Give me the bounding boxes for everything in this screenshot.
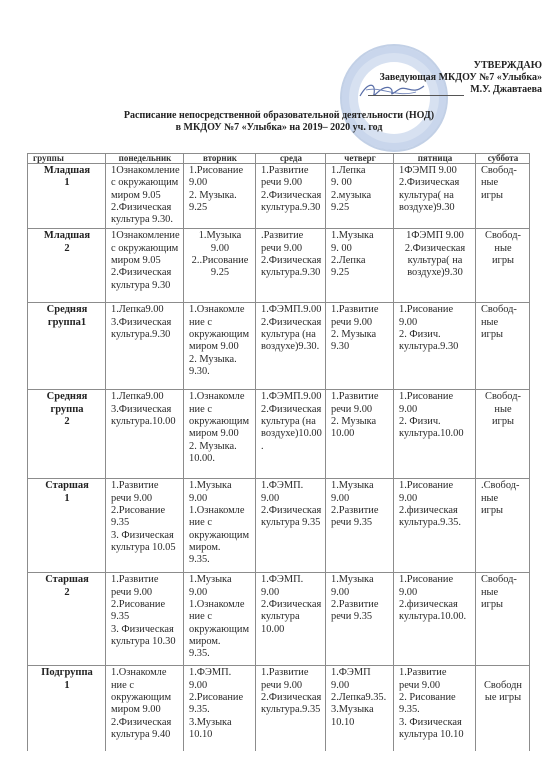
table-row: Старшая 11.Развитие речи 9.00 2.Рисовани… — [28, 479, 530, 573]
approval-block: УТВЕРЖДАЮ Заведующая МКДОУ №7 «Улыбка» М… — [368, 60, 542, 96]
header-groups: группы — [28, 154, 106, 164]
schedule-cell-wednesday: 1.Развитие речи 9.00 2.Физическая культу… — [256, 666, 326, 751]
schedule-cell-friday: 1.Развитие речи 9.00 2. Рисование 9.35. … — [394, 666, 476, 751]
schedule-cell-tuesday: 1.Музыка 9.00 1.Ознакомле ние с окружающ… — [184, 573, 256, 666]
header-wednesday: среда — [256, 154, 326, 164]
group-name: Старшая 1 — [28, 479, 106, 573]
signature-line — [368, 95, 464, 96]
approver-name: М.У. Джавтаева — [470, 84, 542, 95]
schedule-cell-monday: 1.Развитие речи 9.00 2.Рисование 9.35 3.… — [106, 573, 184, 666]
schedule-cell-tuesday: 1.Рисование 9.00 2. Музыка. 9.25 — [184, 164, 256, 229]
schedule-cell-friday: 1.Рисование 9.00 2. Физич. культура.9.30 — [394, 303, 476, 390]
title-line-2: в МКДОУ №7 «Улыбка» на 2019– 2020 уч. го… — [0, 122, 558, 134]
schedule-cell-monday: 1.Лепка9.00 3.Физическая культура.10.00 — [106, 390, 184, 479]
schedule-cell-wednesday: 1.ФЭМП. 9.00 2.Физическая культура 10.00 — [256, 573, 326, 666]
schedule-cell-thursday: 1.Развитие речи 9.00 2. Музыка 10.00 — [326, 390, 394, 479]
schedule-cell-thursday: 1.Развитие речи 9.00 2. Музыка 9.30 — [326, 303, 394, 390]
header-thursday: четверг — [326, 154, 394, 164]
schedule-cell-friday: 1.Рисование 9.00 2. Физич. культура.10.0… — [394, 390, 476, 479]
schedule-cell-tuesday: 1.Ознакомле ние с окружающим миром 9.00 … — [184, 390, 256, 479]
group-name: Подгруппа 1 — [28, 666, 106, 751]
schedule-table: группы понедельник вторник среда четверг… — [27, 153, 530, 751]
schedule-cell-tuesday: 1.Музыка 9.00 1.Ознакомле ние с окружающ… — [184, 479, 256, 573]
schedule-cell-friday: 1ФЭМП 9.00 2.Физическая культура( на воз… — [394, 164, 476, 229]
schedule-cell-friday: 1ФЭМП 9.00 2.Физическая культура( на воз… — [394, 229, 476, 303]
title-line-1: Расписание непосредственной образователь… — [0, 110, 558, 122]
schedule-cell-thursday: 1.Музыка 9.00 2.Развитие речи 9.35 — [326, 479, 394, 573]
schedule-cell-tuesday: 1.Музыка 9.00 2..Рисование 9.25 — [184, 229, 256, 303]
table-header-row: группы понедельник вторник среда четверг… — [28, 154, 530, 164]
header-friday: пятница — [394, 154, 476, 164]
schedule-cell-saturday: Свобод- ные игры — [476, 229, 530, 303]
group-name: Младшая 1 — [28, 164, 106, 229]
schedule-cell-saturday: Свобод- ные игры — [476, 164, 530, 229]
schedule-cell-wednesday: 1.ФЭМП.9.00 2.Физическая культура (на во… — [256, 390, 326, 479]
schedule-cell-thursday: 1.ФЭМП 9.00 2.Лепка9.35. 3.Музыка 10.10 — [326, 666, 394, 751]
document-title: Расписание непосредственной образователь… — [0, 110, 558, 134]
schedule-cell-monday: 1.Развитие речи 9.00 2.Рисование 9.35 3.… — [106, 479, 184, 573]
table-row: Младшая 21Ознакомление с окружающим миро… — [28, 229, 530, 303]
schedule-cell-saturday: Свобод- ные игры — [476, 573, 530, 666]
schedule-cell-saturday: Свобод- ные игры — [476, 303, 530, 390]
schedule-cell-thursday: 1.Лепка 9. 00 2.музыка 9.25 — [326, 164, 394, 229]
schedule-cell-tuesday: 1.Ознакомле ние с окружающим миром 9.00 … — [184, 303, 256, 390]
header-monday: понедельник — [106, 154, 184, 164]
table-row: Старшая 21.Развитие речи 9.00 2.Рисовани… — [28, 573, 530, 666]
header-saturday: суббота — [476, 154, 530, 164]
schedule-cell-saturday: Свободн ые игры — [476, 666, 530, 751]
table-row: Средняя группа11.Лепка9.00 3.Физическая … — [28, 303, 530, 390]
schedule-cell-tuesday: 1.ФЭМП. 9.00 2.Рисование 9.35. 3.Музыка … — [184, 666, 256, 751]
schedule-cell-thursday: 1.Музыка 9. 00 2.Лепка 9.25 — [326, 229, 394, 303]
table-row: Подгруппа 11.Ознакомле ние с окружающим … — [28, 666, 530, 751]
approver-position: Заведующая МКДОУ №7 «Улыбка» — [368, 72, 542, 84]
schedule-cell-wednesday: 1.ФЭМП.9.00 2.Физическая культура (на во… — [256, 303, 326, 390]
schedule-cell-monday: 1Ознакомление с окружающим миром 9.05 2.… — [106, 164, 184, 229]
schedule-cell-friday: 1.Рисование 9.00 2.физическая культура.9… — [394, 479, 476, 573]
table-row: Младшая 11Ознакомление с окружающим миро… — [28, 164, 530, 229]
header-tuesday: вторник — [184, 154, 256, 164]
group-name: Младшая 2 — [28, 229, 106, 303]
schedule-cell-thursday: 1.Музыка 9.00 2.Развитие речи 9.35 — [326, 573, 394, 666]
schedule-cell-wednesday: .Развитие речи 9.00 2.Физическая культур… — [256, 229, 326, 303]
schedule-cell-wednesday: 1.ФЭМП. 9.00 2.Физическая культура 9.35 — [256, 479, 326, 573]
schedule-cell-monday: 1.Ознакомле ние с окружающим миром 9.00 … — [106, 666, 184, 751]
group-name: Средняя группа 2 — [28, 390, 106, 479]
schedule-cell-monday: 1.Лепка9.00 3.Физическая культура.9.30 — [106, 303, 184, 390]
group-name: Средняя группа1 — [28, 303, 106, 390]
approval-heading: УТВЕРЖДАЮ — [368, 60, 542, 72]
schedule-cell-monday: 1Ознакомление с окружающим миром 9.05 2.… — [106, 229, 184, 303]
schedule-cell-friday: 1.Рисование 9.00 2.физическая культура.1… — [394, 573, 476, 666]
schedule-cell-saturday: Свобод- ные игры — [476, 390, 530, 479]
table-row: Средняя группа 21.Лепка9.00 3.Физическая… — [28, 390, 530, 479]
schedule-cell-saturday: .Свобод- ные игры — [476, 479, 530, 573]
group-name: Старшая 2 — [28, 573, 106, 666]
schedule-cell-wednesday: 1.Развитие речи 9.00 2.Физическая культу… — [256, 164, 326, 229]
